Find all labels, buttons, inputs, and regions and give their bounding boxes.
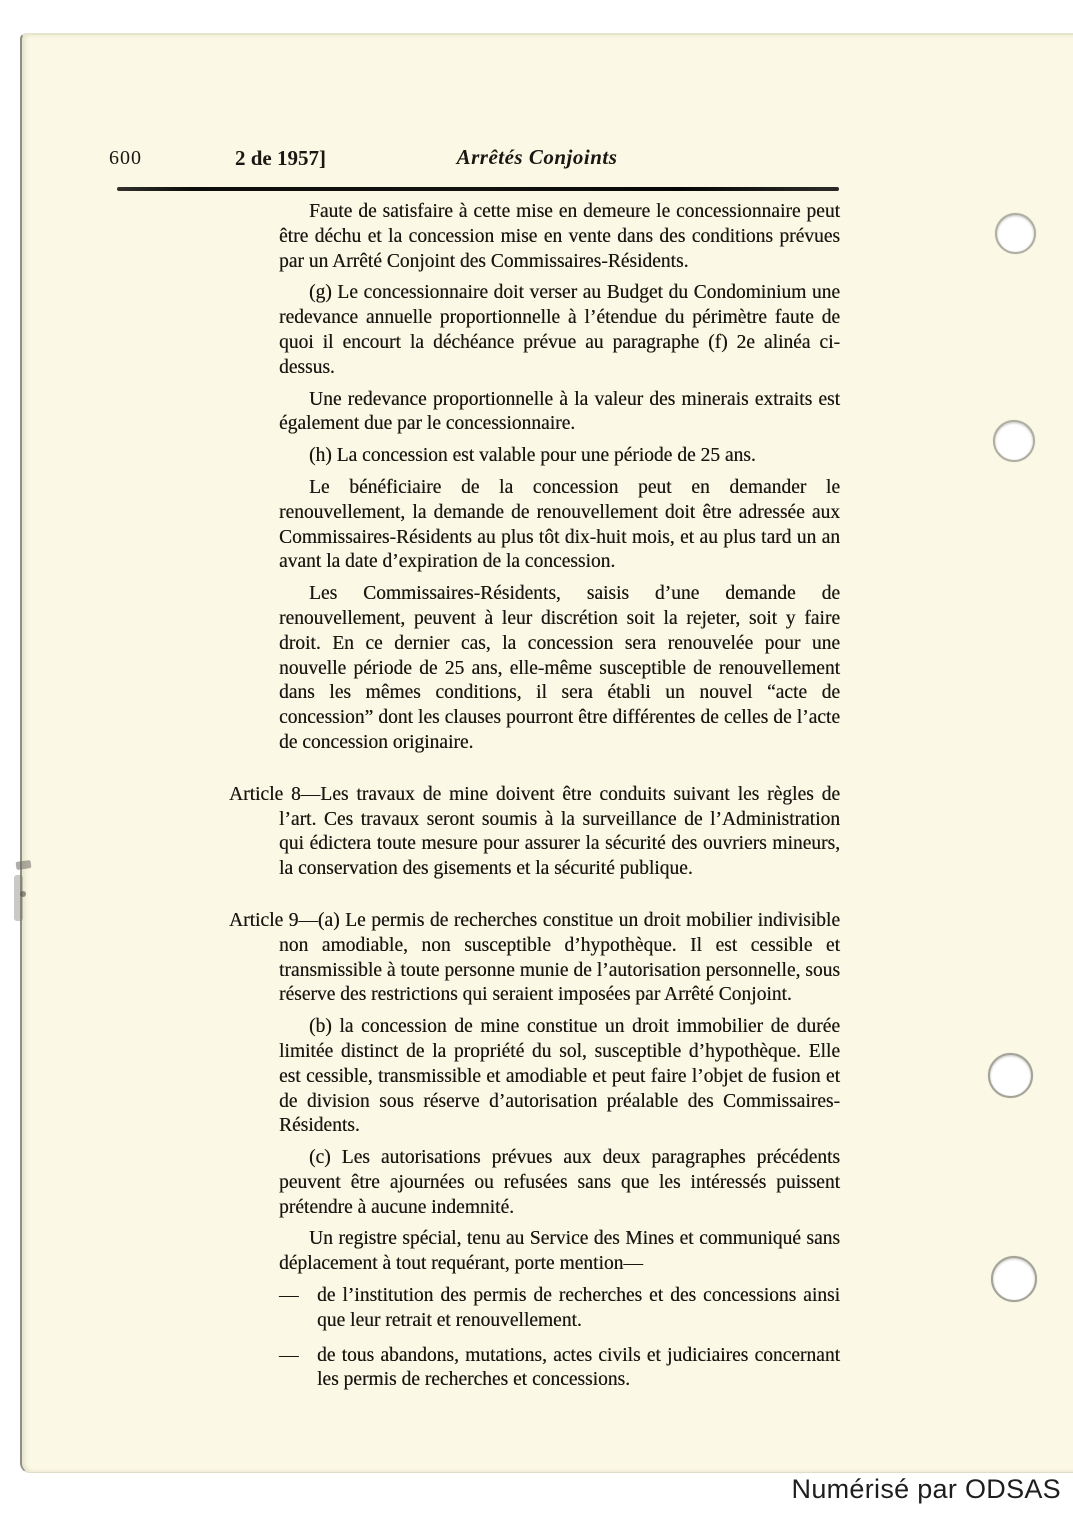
paragraph-renewal-decision: Les Commissaires-Résidents, saisis d’une…: [279, 582, 840, 756]
document-body: Faute de satisfaire à cette mise en deme…: [279, 200, 840, 1393]
page-number: 600: [109, 147, 142, 170]
paragraph-deadline-failure: Faute de satisfaire à cette mise en deme…: [279, 200, 840, 274]
list-item-text: de tous abandons, mutations, actes civil…: [317, 1345, 840, 1391]
punch-hole: [993, 420, 1035, 462]
paper-sheet: 600 2 de 1957] Arrêtés Conjoints Faute d…: [20, 33, 1073, 1473]
scanned-document: 600 2 de 1957] Arrêtés Conjoints Faute d…: [0, 0, 1073, 1517]
issue-label: 2 de 1957]: [235, 146, 326, 171]
paragraph-ore-royalty: Une redevance proportionnelle à la valeu…: [279, 388, 840, 438]
registry-list-item: — de l’institution des permis de recherc…: [279, 1284, 840, 1334]
list-dash: —: [279, 1344, 299, 1369]
paragraph-h-duration: (h) La concession est valable pour une p…: [279, 444, 840, 469]
paragraph-9c-authorisations: (c) Les autorisations prévues aux deux p…: [279, 1146, 840, 1220]
paragraph-registry: Un registre spécial, tenu au Service des…: [279, 1227, 840, 1277]
list-item-text: de l’institution des permis de recherche…: [317, 1285, 840, 1331]
paragraph-renewal-request: Le bénéficiaire de la concession peut en…: [279, 476, 840, 575]
running-title: Arrêtés Conjoints: [457, 145, 618, 170]
punch-hole: [995, 213, 1036, 254]
punch-hole: [991, 1256, 1037, 1302]
scan-credit-label: Numérisé par ODSAS: [792, 1474, 1061, 1505]
paragraph-g-royalty: (g) Le concessionnaire doit verser au Bu…: [279, 281, 840, 380]
registry-list-item: — de tous abandons, mutations, actes civ…: [279, 1344, 840, 1394]
scan-smudge: [14, 861, 40, 945]
punch-hole: [988, 1053, 1033, 1098]
article-9a-paragraph: Article 9—(a) Le permis de recherches co…: [279, 909, 840, 1008]
article-8-paragraph: Article 8—Les travaux de mine doivent êt…: [279, 783, 840, 882]
paragraph-9b-concession: (b) la concession de mine constitue un d…: [279, 1015, 840, 1139]
header-rule: [117, 187, 839, 191]
list-dash: —: [279, 1284, 299, 1309]
